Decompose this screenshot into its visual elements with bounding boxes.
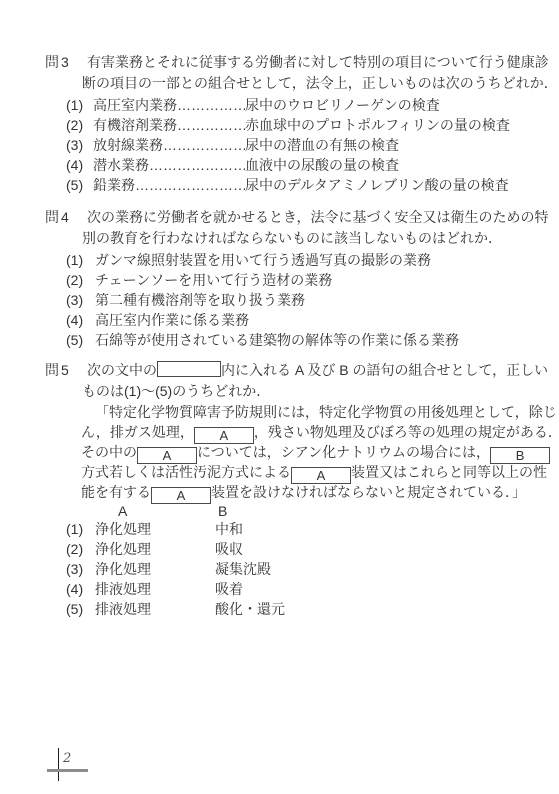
choice-a-value: 浄化処理 xyxy=(95,559,215,579)
question-3: 問3 有害業務とそれに従事する労働者に対して特別の項目について行う健康診 断の項… xyxy=(45,52,523,195)
question-3-label: 問3 xyxy=(45,52,87,73)
question-5-label: 問5 xyxy=(45,360,87,381)
question-4-heading-line-2: 別の教育を行わなければならないものに該当しないものはどれか． xyxy=(82,228,523,249)
option-row: (4) 高圧室内作業に係る業務 xyxy=(66,310,523,330)
heading-text-post: 内に入れる A 及び B の語句の組合せとして，正しい xyxy=(221,362,548,378)
question-5: 問5 次の文中の内に入れる A 及び B の語句の組合せとして，正しい ものは(… xyxy=(45,360,523,619)
option-subject-text: 潜水業務 xyxy=(93,155,149,175)
page-number: 2 xyxy=(63,751,71,766)
option-description: 尿中のウロビリノーゲンの検査 xyxy=(245,95,440,115)
option-subject: 有機溶剤業務…………………………………………… xyxy=(93,115,245,135)
option-number: (1) xyxy=(66,250,95,270)
paragraph-text: については，シアン化ナトリウムの場合には， xyxy=(197,444,490,460)
paragraph-text: 能を有する xyxy=(81,484,151,500)
question-4-heading-text: 次の業務に労働者を就かせるとき，法令に基づく安全又は衛生のための特 xyxy=(87,207,548,228)
dot-leader: …………………………………………… xyxy=(149,155,245,175)
question-4-label: 問4 xyxy=(45,207,87,228)
exam-page: 問3 有害業務とそれに従事する労働者に対して特別の項目について行う健康診 断の項… xyxy=(0,0,559,794)
crop-mark-vertical-line xyxy=(58,748,59,781)
choice-b-value: 吸収 xyxy=(215,539,243,559)
quote-paragraph-line-1: 「特定化学物質障害予防規則には，特定化学物質の用後処理として，除じ xyxy=(95,402,523,422)
quote-paragraph-line-4: 方式若しくは活性汚泥方式によるA装置又はこれらと同等以上の性 xyxy=(81,462,523,482)
choice-b-value: 酸化・還元 xyxy=(215,599,285,619)
option-description: 血液中の尿酸の量の検査 xyxy=(245,155,399,175)
choice-a-value: 排液処理 xyxy=(95,599,215,619)
choice-a-value: 浄化処理 xyxy=(95,519,215,539)
option-number: (5) xyxy=(66,175,93,195)
question-5-heading-line-2: ものは(1)～(5)のうちどれか． xyxy=(82,381,523,402)
option-number: (4) xyxy=(66,155,93,175)
dot-leader: …………………………………………… xyxy=(177,95,245,115)
option-subject: 鉛業務…………………………………………… xyxy=(93,175,245,195)
option-subject-text: 放射線業務 xyxy=(93,135,163,155)
option-description: 尿中の潜血の有無の検査 xyxy=(245,135,399,155)
paragraph-text: ，残さい物処理及びぼろ等の処理の規定がある． xyxy=(254,424,559,440)
option-number: (2) xyxy=(66,115,93,135)
option-number: (3) xyxy=(66,290,95,310)
option-row: (2) チェーンソーを用いて行う造材の業務 xyxy=(66,270,523,290)
crop-mark-horizontal-line xyxy=(47,769,88,772)
choice-number: (3) xyxy=(66,559,95,579)
choice-b-value: 吸着 xyxy=(215,579,243,599)
choice-row: (4) 排液処理 吸着 xyxy=(66,579,523,599)
option-description: 尿中のデルタアミノレブリン酸の量の検査 xyxy=(245,175,509,195)
option-subject: 潜水業務…………………………………………… xyxy=(93,155,245,175)
option-subject: 放射線業務…………………………………………… xyxy=(93,135,245,155)
choice-a-value: 排液処理 xyxy=(95,579,215,599)
question-3-options: (1) 高圧室内業務…………………………………………… 尿中のウロビリノーゲンの… xyxy=(45,95,523,195)
column-header-a: A xyxy=(118,504,127,518)
dot-leader: …………………………………………… xyxy=(177,115,245,135)
option-description: 赤血球中のプロトポルフィリンの量の検査 xyxy=(245,115,510,135)
option-row: (3) 放射線業務…………………………………………… 尿中の潜血の有無の検査 xyxy=(66,135,523,155)
question-3-heading-line-2: 断の項目の一部との組合せとして，法令上，正しいものは次のうちどれか． xyxy=(82,73,523,94)
option-text: ガンマ線照射装置を用いて行う透過写真の撮影の業務 xyxy=(95,250,431,270)
quote-paragraph-line-5: 能を有するA装置を設けなければならないと規定されている．」 xyxy=(81,482,523,502)
question-3-heading-line-1: 問3 有害業務とそれに従事する労働者に対して特別の項目について行う健康診 xyxy=(45,52,523,73)
choice-number: (2) xyxy=(66,539,95,559)
choice-a-value: 浄化処理 xyxy=(95,539,215,559)
fill-box-a: A xyxy=(151,487,211,504)
blank-box xyxy=(157,361,221,377)
option-row: (5) 鉛業務…………………………………………… 尿中のデルタアミノレブリン酸の… xyxy=(66,175,523,195)
dot-leader: …………………………………………… xyxy=(135,175,245,195)
option-text: 第二種有機溶剤等を取り扱う業務 xyxy=(95,290,305,310)
option-row: (4) 潜水業務…………………………………………… 血液中の尿酸の量の検査 xyxy=(66,155,523,175)
paragraph-text: 装置を設けなければならないと規定されている．」 xyxy=(211,484,526,500)
option-text: 石綿等が使用されている建築物の解体等の作業に係る業務 xyxy=(95,330,459,350)
question-4-options: (1) ガンマ線照射装置を用いて行う透過写真の撮影の業務 (2) チェーンソーを… xyxy=(45,250,523,350)
choice-row: (5) 排液処理 酸化・還元 xyxy=(66,599,523,619)
question-5-heading-text: 次の文中の内に入れる A 及び B の語句の組合せとして，正しい xyxy=(87,360,548,381)
option-row: (3) 第二種有機溶剤等を取り扱う業務 xyxy=(66,290,523,310)
option-number: (5) xyxy=(66,330,95,350)
option-row: (5) 石綿等が使用されている建築物の解体等の作業に係る業務 xyxy=(66,330,523,350)
dot-leader: …………………………………………… xyxy=(163,135,245,155)
option-row: (1) ガンマ線照射装置を用いて行う透過写真の撮影の業務 xyxy=(66,250,523,270)
question-5-choices: (1) 浄化処理 中和 (2) 浄化処理 吸収 (3) 浄化処理 凝集沈殿 (4… xyxy=(45,519,523,619)
question-4: 問4 次の業務に労働者を就かせるとき，法令に基づく安全又は衛生のための特 別の教… xyxy=(45,207,523,350)
option-text: チェーンソーを用いて行う造材の業務 xyxy=(95,270,332,290)
option-subject-text: 鉛業務 xyxy=(93,175,135,195)
paragraph-text: その中の xyxy=(81,444,137,460)
option-number: (3) xyxy=(66,135,93,155)
choice-number: (5) xyxy=(66,599,95,619)
choice-b-value: 中和 xyxy=(215,519,243,539)
option-row: (2) 有機溶剤業務…………………………………………… 赤血球中のプロトポルフィ… xyxy=(66,115,523,135)
paragraph-text: ん，排ガス処理， xyxy=(81,424,194,440)
question-3-heading-text: 有害業務とそれに従事する労働者に対して特別の項目について行う健康診 xyxy=(87,52,549,73)
choice-row: (2) 浄化処理 吸収 xyxy=(66,539,523,559)
question-4-heading-line-1: 問4 次の業務に労働者を就かせるとき，法令に基づく安全又は衛生のための特 xyxy=(45,207,523,228)
quote-paragraph-line-3: その中のAについては，シアン化ナトリウムの場合には，B xyxy=(81,442,523,462)
question-5-heading-line-1: 問5 次の文中の内に入れる A 及び B の語句の組合せとして，正しい xyxy=(45,360,523,381)
option-row: (1) 高圧室内業務…………………………………………… 尿中のウロビリノーゲンの… xyxy=(66,95,523,115)
quote-paragraph-line-2: ん，排ガス処理，A，残さい物処理及びぼろ等の処理の規定がある． xyxy=(81,422,523,442)
choice-number: (4) xyxy=(66,579,95,599)
choice-number: (1) xyxy=(66,519,95,539)
option-subject: 高圧室内業務…………………………………………… xyxy=(93,95,245,115)
choice-row: (3) 浄化処理 凝集沈殿 xyxy=(66,559,523,579)
paragraph-text: 装置又はこれらと同等以上の性 xyxy=(351,464,547,480)
option-subject-text: 高圧室内業務 xyxy=(93,95,177,115)
option-subject-text: 有機溶剤業務 xyxy=(93,115,177,135)
column-header-b: B xyxy=(218,504,227,518)
choice-column-header: A B xyxy=(45,504,523,518)
heading-text-pre: 次の文中の xyxy=(87,362,157,378)
option-number: (4) xyxy=(66,310,95,330)
option-text: 高圧室内作業に係る業務 xyxy=(95,310,249,330)
choice-b-value: 凝集沈殿 xyxy=(215,559,271,579)
paragraph-text: 方式若しくは活性汚泥方式による xyxy=(81,464,291,480)
option-number: (2) xyxy=(66,270,95,290)
choice-row: (1) 浄化処理 中和 xyxy=(66,519,523,539)
option-number: (1) xyxy=(66,95,93,115)
